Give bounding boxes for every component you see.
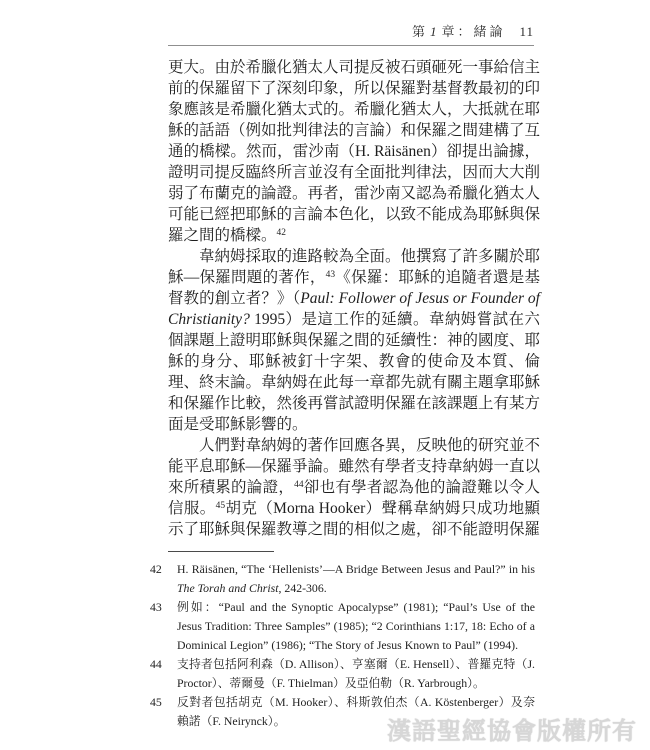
footnote-number: 43 — [150, 598, 177, 655]
text-run: 支持者包括阿利森（D. Allison）、亨塞爾（E. Hensell）、普羅克… — [177, 657, 535, 690]
footnote-ref: 44 — [294, 480, 303, 490]
chapter-label-pre: 第 — [412, 24, 428, 39]
text-run: , 242-306. — [279, 581, 327, 595]
footnote-ref: 45 — [216, 501, 225, 511]
text-run: H. Räisänen, “The ‘Hellenists’—A Bridge … — [177, 562, 535, 576]
footnote-text: 例如：“Paul and the Synoptic Apocalypse” (1… — [177, 598, 535, 655]
paragraph: 更大。由於希臘化猶太人司提反被石頭砸死一事給信主前的保羅留下了深刻印象，所以保羅… — [168, 57, 540, 246]
footnote-number: 45 — [150, 693, 177, 731]
text-run: 1995）是這工作的延續。韋納姆嘗試在六個課題上證明耶穌與保羅之間的延續性：神的… — [168, 311, 540, 433]
paragraph: 人們對韋納姆的著作回應各異，反映他的研究並不能平息耶穌—保羅爭論。雖然有學者支持… — [168, 435, 540, 540]
footnote-ref: 42 — [277, 228, 286, 238]
footnote: 43例如：“Paul and the Synoptic Apocalypse” … — [150, 598, 535, 655]
footnote-number: 42 — [150, 560, 177, 598]
book-page: 第1章：緒論11 更大。由於希臘化猶太人司提反被石頭砸死一事給信主前的保羅留下了… — [0, 0, 650, 750]
footnote-ref: 43 — [326, 270, 335, 280]
text-run: 例如：“Paul and the Synoptic Apocalypse” (1… — [177, 600, 535, 652]
footnote: 42H. Räisänen, “The ‘Hellenists’—A Bridg… — [150, 560, 535, 598]
header-rule — [168, 45, 534, 46]
footnote: 44支持者包括阿利森（D. Allison）、亨塞爾（E. Hensell）、普… — [150, 655, 535, 693]
chapter-label-post: 章：緒論 — [441, 24, 505, 39]
footnote-text: 支持者包括阿利森（D. Allison）、亨塞爾（E. Hensell）、普羅克… — [177, 655, 535, 693]
body-text: 更大。由於希臘化猶太人司提反被石頭砸死一事給信主前的保羅留下了深刻印象，所以保羅… — [168, 57, 540, 540]
publisher-watermark: 漢語聖經協會版權所有 — [387, 711, 637, 746]
paragraph: 韋納姆採取的進路較為全面。他撰寫了許多關於耶穌—保羅問題的著作，43《保羅：耶穌… — [168, 246, 540, 435]
running-header: 第1章：緒論11 — [168, 21, 534, 40]
text-run: The Torah and Christ — [177, 581, 279, 595]
chapter-number: 1 — [428, 24, 442, 39]
footnote-text: H. Räisänen, “The ‘Hellenists’—A Bridge … — [177, 560, 535, 598]
text-run: 更大。由於希臘化猶太人司提反被石頭砸死一事給信主前的保羅留下了深刻印象，所以保羅… — [168, 59, 540, 244]
footnote-list: 42H. Räisänen, “The ‘Hellenists’—A Bridg… — [150, 560, 535, 731]
page-number: 11 — [519, 24, 534, 39]
footnote-separator — [168, 551, 274, 552]
footnote-number: 44 — [150, 655, 177, 693]
